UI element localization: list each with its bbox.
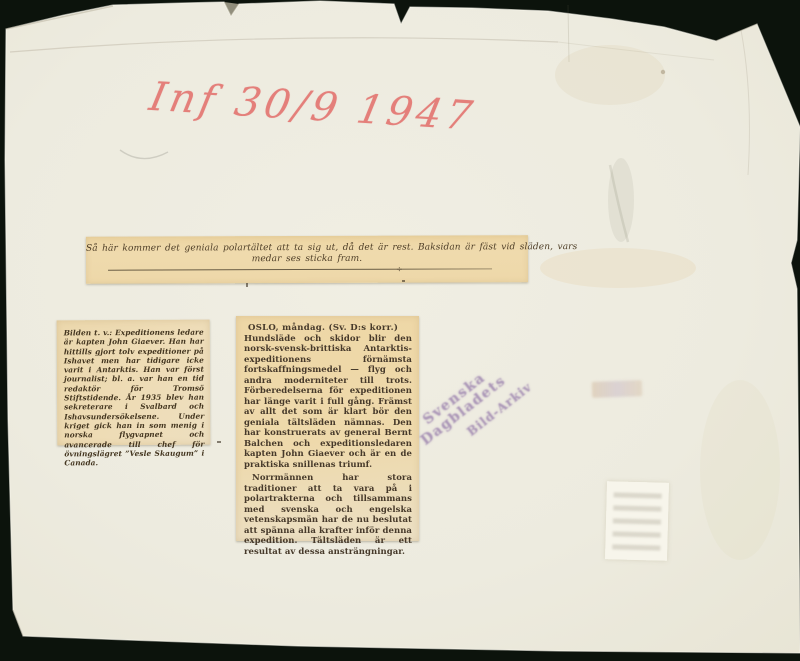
article-paragraph-1: Hundsläde och skidor blir den norsk-sven… — [244, 334, 412, 471]
article-clipping: OSLO, måndag. (Sv. D:s korr.) Hundsläde … — [236, 316, 419, 541]
article-paragraph-2: Norrmännen har stora traditioner att ta … — [244, 473, 412, 557]
ink-speck — [246, 283, 248, 287]
faint-stamp-smudge — [592, 380, 643, 398]
caption-line-1: Så här kommer det geniala polartältet at… — [86, 235, 528, 255]
article-dateline: OSLO, måndag. (Sv. D:s korr.) — [244, 323, 412, 334]
caption-rule — [108, 268, 492, 270]
photo-caption-text: Bilden t. v.: Expeditionens ledare är ka… — [64, 328, 205, 468]
caption-clipping: Så här kommer det geniala polartältet at… — [86, 235, 528, 284]
caption-registration-mark: ÷ — [396, 265, 402, 274]
scanned-archive-page: Inf 30/9 1947 Så här kommer det geniala … — [0, 0, 800, 661]
faint-label-text-lines — [612, 491, 662, 550]
ink-speck — [217, 441, 221, 443]
caption-line-2: medar ses sticka fram. — [86, 253, 528, 266]
faint-reverse-label — [605, 481, 669, 561]
ink-speck — [402, 280, 405, 282]
photo-caption-clipping: Bilden t. v.: Expeditionens ledare är ka… — [57, 320, 211, 446]
